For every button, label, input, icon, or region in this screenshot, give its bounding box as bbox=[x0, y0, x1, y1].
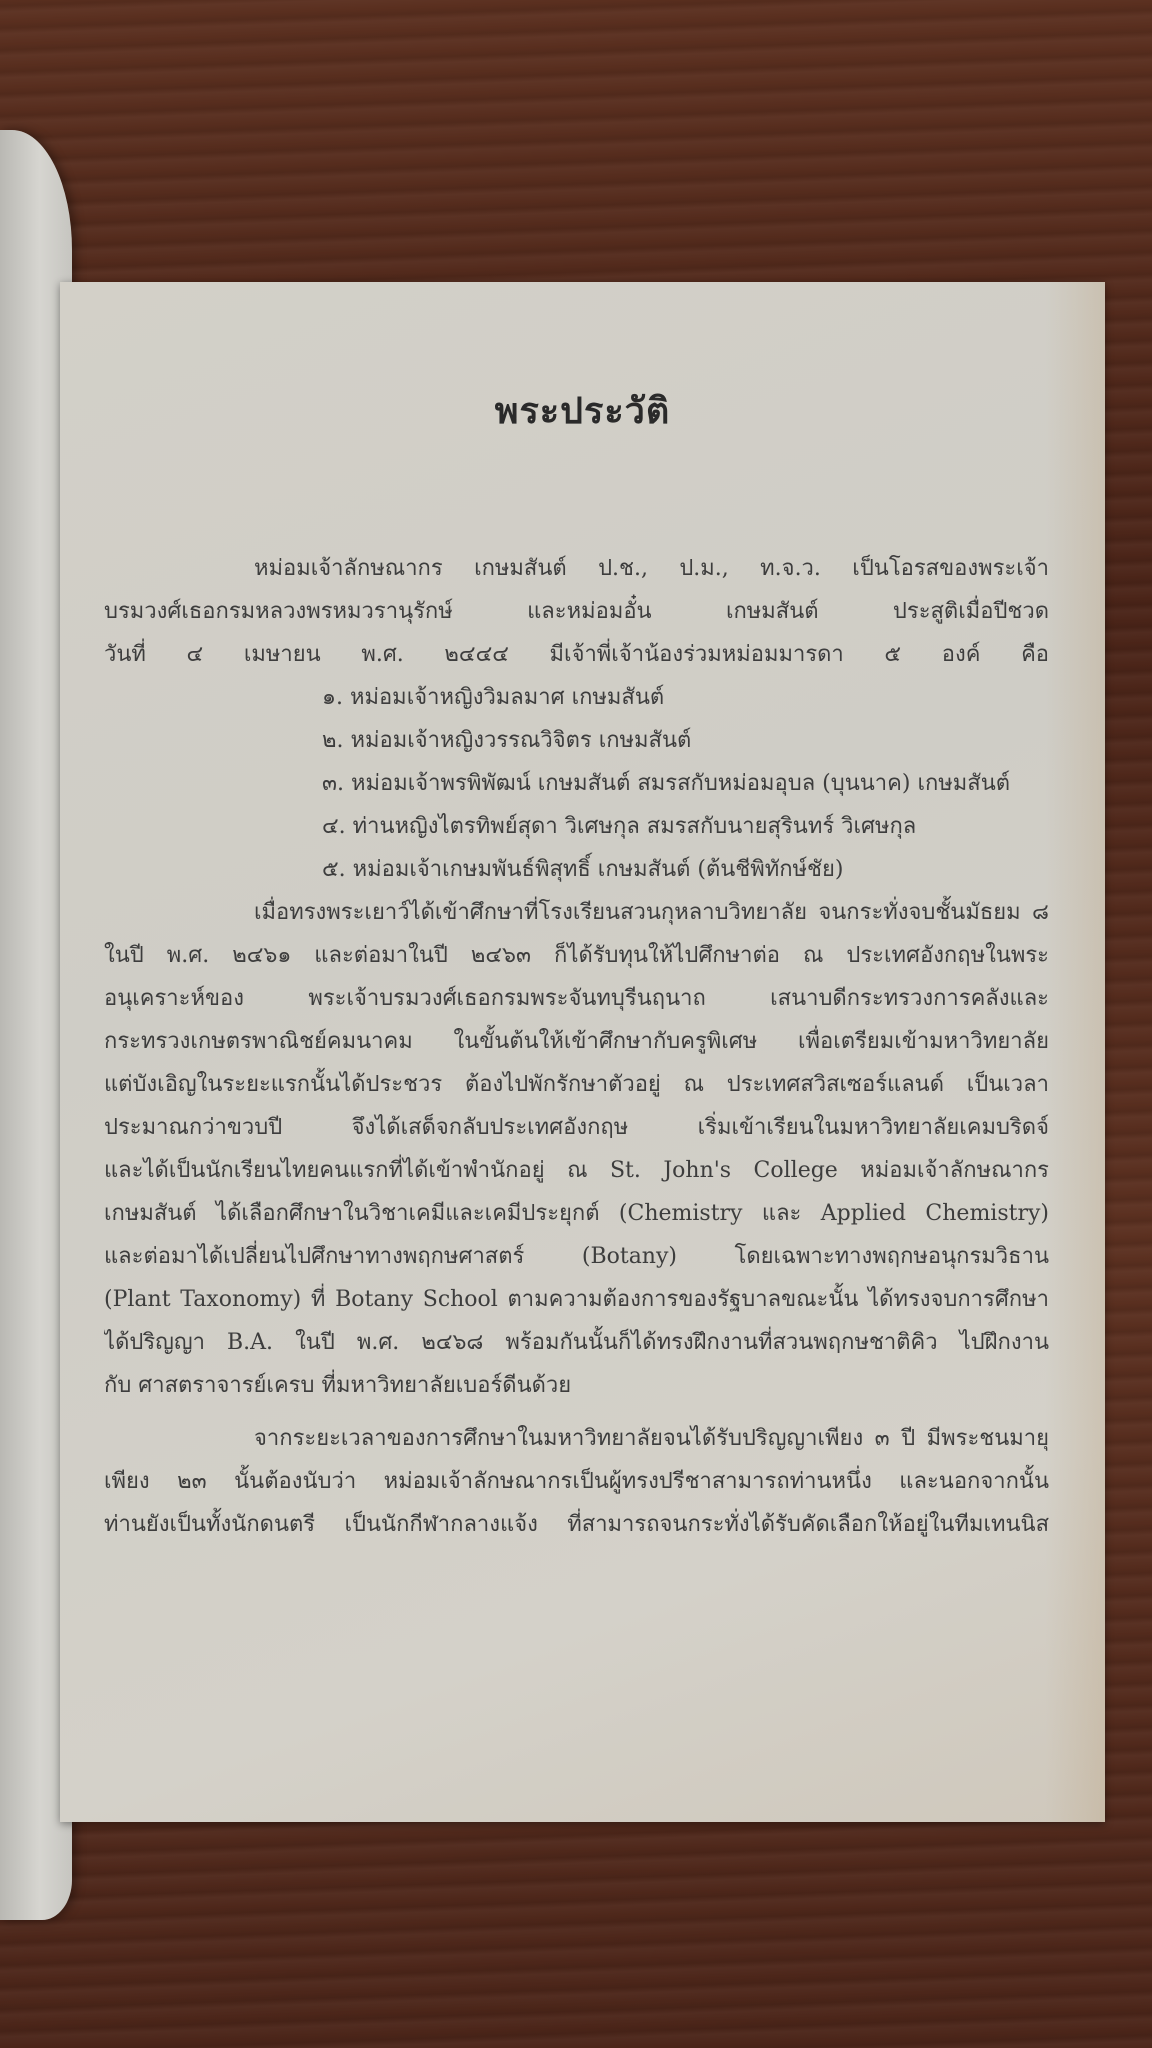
paragraph-1-line: วันที่ ๔ เมษายน พ.ศ. ๒๔๔๔ มีเจ้าพี่เจ้าน… bbox=[104, 633, 1049, 676]
body-text: หม่อมเจ้าลักษณากร เกษมสันต์ ป.ช., ป.ม., … bbox=[104, 547, 1049, 1546]
paragraph-1-line: หม่อมเจ้าลักษณากร เกษมสันต์ ป.ช., ป.ม., … bbox=[104, 547, 1049, 590]
list-number: ๕. bbox=[322, 857, 346, 882]
paragraph-3-line: จากระยะเวลาของการศึกษาในมหาวิทยาลัยจนได้… bbox=[104, 1417, 1049, 1460]
list-number: ๑. bbox=[322, 685, 343, 710]
paragraph-2-line: เมื่อทรงพระเยาว์ได้เข้าศึกษาที่โรงเรียนส… bbox=[104, 891, 1049, 934]
paragraph-2-line: (Plant Taxonomy) ที่ Botany School ตามคว… bbox=[104, 1278, 1049, 1321]
sibling-list-item: ๕. หม่อมเจ้าเกษมพันธ์พิสุทธิ์ เกษมสันต์ … bbox=[104, 848, 1049, 891]
paragraph-2-line: และได้เป็นนักเรียนไทยคนแรกที่ได้เข้าพำนั… bbox=[104, 1149, 1049, 1192]
page-title: พระประวัติ bbox=[60, 382, 1105, 439]
paragraph-3-line: เพียง ๒๓ นั้นต้องนับว่า หม่อมเจ้าลักษณาก… bbox=[104, 1460, 1049, 1503]
paragraph-1-line: บรมวงศ์เธอกรมหลวงพรหมวรานุรักษ์ และหม่อม… bbox=[104, 590, 1049, 633]
sibling-list-item: ๔. ท่านหญิงไตรทิพย์สุดา วิเศษกุล สมรสกับ… bbox=[104, 805, 1049, 848]
list-text: หม่อมเจ้าหญิงวิมลมาศ เกษมสันต์ bbox=[350, 685, 664, 710]
sibling-list-item: ๓. หม่อมเจ้าพรพิพัฒน์ เกษมสันต์ สมรสกับห… bbox=[104, 762, 1049, 805]
paragraph-2-line: ได้ปริญญา B.A. ในปี พ.ศ. ๒๔๖๘ พร้อมกันนั… bbox=[104, 1321, 1049, 1364]
book-page: พระประวัติ หม่อมเจ้าลักษณากร เกษมสันต์ ป… bbox=[60, 282, 1105, 1822]
list-number: ๔. bbox=[322, 814, 346, 839]
paragraph-2-line: กับ ศาสตราจารย์เครบ ที่มหาวิทยาลัยเบอร์ด… bbox=[104, 1364, 1049, 1407]
paragraph-2-line: ประมาณกว่าขวบปี จึงได้เสด็จกลับประเทศอัง… bbox=[104, 1106, 1049, 1149]
paragraph-2-line: ในปี พ.ศ. ๒๔๖๑ และต่อมาในปี ๒๔๖๓ ก็ได้รั… bbox=[104, 934, 1049, 977]
list-text: หม่อมเจ้าหญิงวรรณวิจิตร เกษมสันต์ bbox=[351, 728, 692, 753]
sibling-list-item: ๑. หม่อมเจ้าหญิงวิมลมาศ เกษมสันต์ bbox=[104, 676, 1049, 719]
list-text: ท่านหญิงไตรทิพย์สุดา วิเศษกุล สมรสกับนาย… bbox=[353, 814, 917, 839]
paragraph-2-line: เกษมสันต์ ได้เลือกศึกษาในวิชาเคมีและเคมี… bbox=[104, 1192, 1049, 1235]
paragraph-2-line: แต่บังเอิญในระยะแรกนั้นได้ประชวร ต้องไปพ… bbox=[104, 1063, 1049, 1106]
list-number: ๒. bbox=[322, 728, 344, 753]
list-text: หม่อมเจ้าพรพิพัฒน์ เกษมสันต์ สมรสกับหม่อ… bbox=[351, 771, 1010, 796]
sibling-list-item: ๒. หม่อมเจ้าหญิงวรรณวิจิตร เกษมสันต์ bbox=[104, 719, 1049, 762]
paragraph-2-line: อนุเคราะห์ของ พระเจ้าบรมวงศ์เธอกรมพระจัน… bbox=[104, 977, 1049, 1020]
list-number: ๓. bbox=[322, 771, 344, 796]
paragraph-2-line: และต่อมาได้เปลี่ยนไปศึกษาทางพฤกษศาสตร์ (… bbox=[104, 1235, 1049, 1278]
paragraph-3-line: ท่านยังเป็นทั้งนักดนตรี เป็นนักกีฬากลางแ… bbox=[104, 1503, 1049, 1546]
paragraph-2-line: กระทรวงเกษตรพาณิชย์คมนาคม ในขั้นต้นให้เข… bbox=[104, 1020, 1049, 1063]
list-text: หม่อมเจ้าเกษมพันธ์พิสุทธิ์ เกษมสันต์ (ต้… bbox=[353, 857, 844, 882]
